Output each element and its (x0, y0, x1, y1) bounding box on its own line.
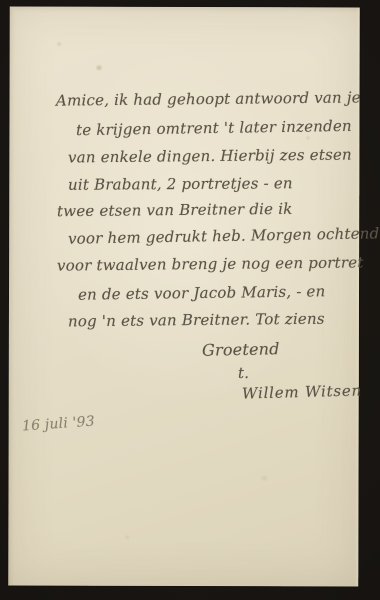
closing-line: Groetend (202, 339, 280, 360)
foxing-spot (305, 135, 310, 140)
letter-line: Amice, ik had gehoopt antwoord van je (56, 88, 361, 109)
foxing-spot (261, 475, 269, 481)
closing-mark: t. (238, 364, 249, 382)
letter-line: uit Brabant, 2 portretjes - en (68, 174, 293, 194)
letter-line: voor twaalven breng je nog een portret (57, 253, 364, 274)
letter-line: van enkele dingen. Hierbij zes etsen (68, 146, 352, 167)
letter-line: en de ets voor Jacob Maris, - en (78, 282, 326, 303)
letter-line: twee etsen van Breitner die ik (57, 200, 293, 220)
foxing-spot (57, 42, 62, 47)
foxing-spot (124, 535, 130, 540)
letter-line: nog 'n ets van Breitner. Tot ziens (68, 310, 325, 331)
foxing-spot (96, 65, 103, 71)
signature: Willem Witsen (242, 381, 362, 402)
photo-background: Amice, ik had gehoopt antwoord van je te… (0, 0, 380, 600)
